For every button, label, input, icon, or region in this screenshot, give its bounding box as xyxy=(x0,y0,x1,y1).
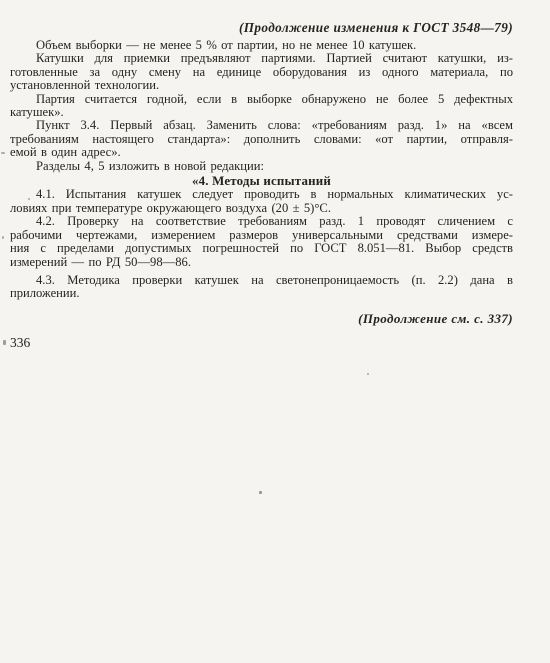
document-page: (Продолжение изменения к ГОСТ 3548—79) О… xyxy=(0,0,550,663)
text-line: 4.2. Проверку на соответствие требования… xyxy=(10,215,513,228)
scan-speck xyxy=(28,198,30,200)
text-line: приложении. xyxy=(10,287,513,300)
paragraph: 4.2. Проверку на соответствие требования… xyxy=(10,215,513,269)
text-line: Катушки для приемки предъявляют партиями… xyxy=(10,52,513,65)
document-text-block: (Продолжение изменения к ГОСТ 3548—79) О… xyxy=(10,20,513,350)
text-line: Разделы 4, 5 изложить в новой редакции: xyxy=(10,160,513,173)
paragraph: 4.3. Методика проверки катушек на светон… xyxy=(10,274,513,301)
scan-speck xyxy=(3,340,6,345)
text-line: ловиях при температуре окружающего возду… xyxy=(10,202,513,215)
page-number: 336 xyxy=(10,335,513,350)
paragraph: Пункт 3.4. Первый абзац. Заменить слова:… xyxy=(10,119,513,159)
text-line: Объем выборки — не менее 5 % от партии, … xyxy=(10,39,513,52)
scan-speck xyxy=(259,491,262,494)
text-line: измерений — по РД 50—98—86. xyxy=(10,256,513,269)
text-line: требованиям настоящего стандарта»: допол… xyxy=(10,133,513,146)
text-line: Пункт 3.4. Первый абзац. Заменить слова:… xyxy=(10,119,513,132)
text-line: Партия считается годной, если в выборке … xyxy=(10,93,513,106)
text-line: установленной технологии. xyxy=(10,79,513,92)
scan-speck xyxy=(367,373,369,375)
paragraph: 4.1. Испытания катушек следует проводить… xyxy=(10,188,513,215)
paragraph: Объем выборки — не менее 5 % от партии, … xyxy=(10,39,513,52)
continuation-header-note: (Продолжение изменения к ГОСТ 3548—79) xyxy=(10,20,513,35)
text-line: готовленные за одну смену на единице обо… xyxy=(10,66,513,79)
scan-speck xyxy=(2,236,4,239)
scan-speck xyxy=(1,152,5,154)
section-heading: «4. Методы испытаний xyxy=(10,175,513,188)
text-line: катушек». xyxy=(10,106,513,119)
text-line: ния с пределами допустимых погрешностей … xyxy=(10,242,513,255)
paragraph: Партия считается годной, если в выборке … xyxy=(10,93,513,120)
text-line: 4.1. Испытания катушек следует проводить… xyxy=(10,188,513,201)
text-line: емой в один адрес». xyxy=(10,146,513,159)
text-line: рабочими чертежами, измерением размеров … xyxy=(10,229,513,242)
text-line: 4.3. Методика проверки катушек на светон… xyxy=(10,274,513,287)
continuation-footer-note: (Продолжение см. с. 337) xyxy=(10,311,513,326)
paragraph: Катушки для приемки предъявляют партиями… xyxy=(10,52,513,92)
paragraph: Разделы 4, 5 изложить в новой редакции: xyxy=(10,160,513,173)
